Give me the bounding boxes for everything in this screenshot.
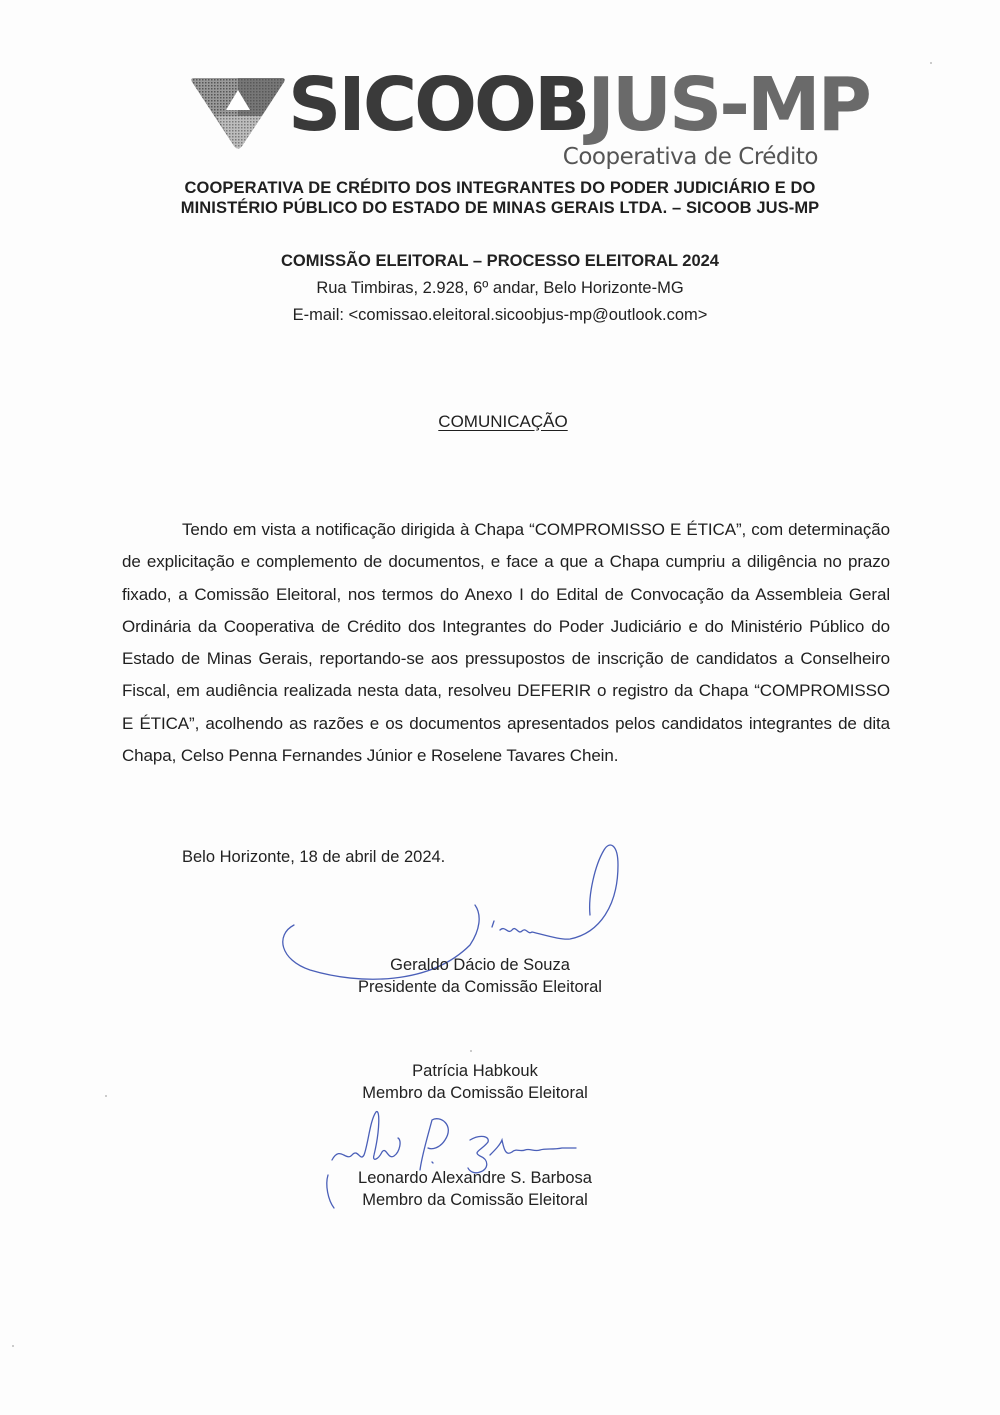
institution-name: COOPERATIVA DE CRÉDITO DOS INTEGRANTES D… [100,178,900,218]
commission-info: COMISSÃO ELEITORAL – PROCESSO ELEITORAL … [150,248,850,329]
signatory-member-1: Patrícia Habkouk Membro da Comissão Elei… [320,1060,630,1104]
signatory-president: Geraldo Dácio de Souza Presidente da Com… [320,954,640,998]
sicoob-logo: SICOOBJUS-MP Cooperativa de Crédito [190,76,830,176]
institution-line-2: MINISTÉRIO PÚBLICO DO ESTADO DE MINAS GE… [100,198,900,218]
signatory-name: Leonardo Alexandre S. Barbosa [320,1167,630,1189]
institution-line-1: COOPERATIVA DE CRÉDITO DOS INTEGRANTES D… [100,178,900,198]
signatory-role: Membro da Comissão Eleitoral [320,1189,630,1211]
brand-subtitle: Cooperativa de Crédito [563,144,818,170]
document-page: SICOOBJUS-MP Cooperativa de Crédito COOP… [0,0,1000,1415]
place-date: Belo Horizonte, 18 de abril de 2024. [182,848,445,867]
scan-speck [930,62,932,64]
sicoob-triangle-icon [190,76,286,150]
signatory-member-2: Leonardo Alexandre S. Barbosa Membro da … [320,1167,630,1211]
scan-speck [12,1345,14,1347]
commission-email: E-mail: <comissao.eleitoral.sicoobjus-mp… [150,302,850,329]
signatory-role: Membro da Comissão Eleitoral [320,1082,630,1104]
signatory-name: Geraldo Dácio de Souza [320,954,640,976]
scan-speck [105,1095,107,1097]
document-title: COMUNICAÇÃO [0,412,1000,432]
commission-address: Rua Timbiras, 2.928, 6º andar, Belo Hori… [150,275,850,302]
document-body: Tendo em vista a notificação dirigida à … [122,514,890,772]
signatory-role: Presidente da Comissão Eleitoral [320,976,640,998]
scan-speck [470,1050,472,1052]
brand-wordmark: SICOOBJUS-MP [288,68,869,142]
signatory-name: Patrícia Habkouk [320,1060,630,1082]
commission-title: COMISSÃO ELEITORAL – PROCESSO ELEITORAL … [150,248,850,275]
